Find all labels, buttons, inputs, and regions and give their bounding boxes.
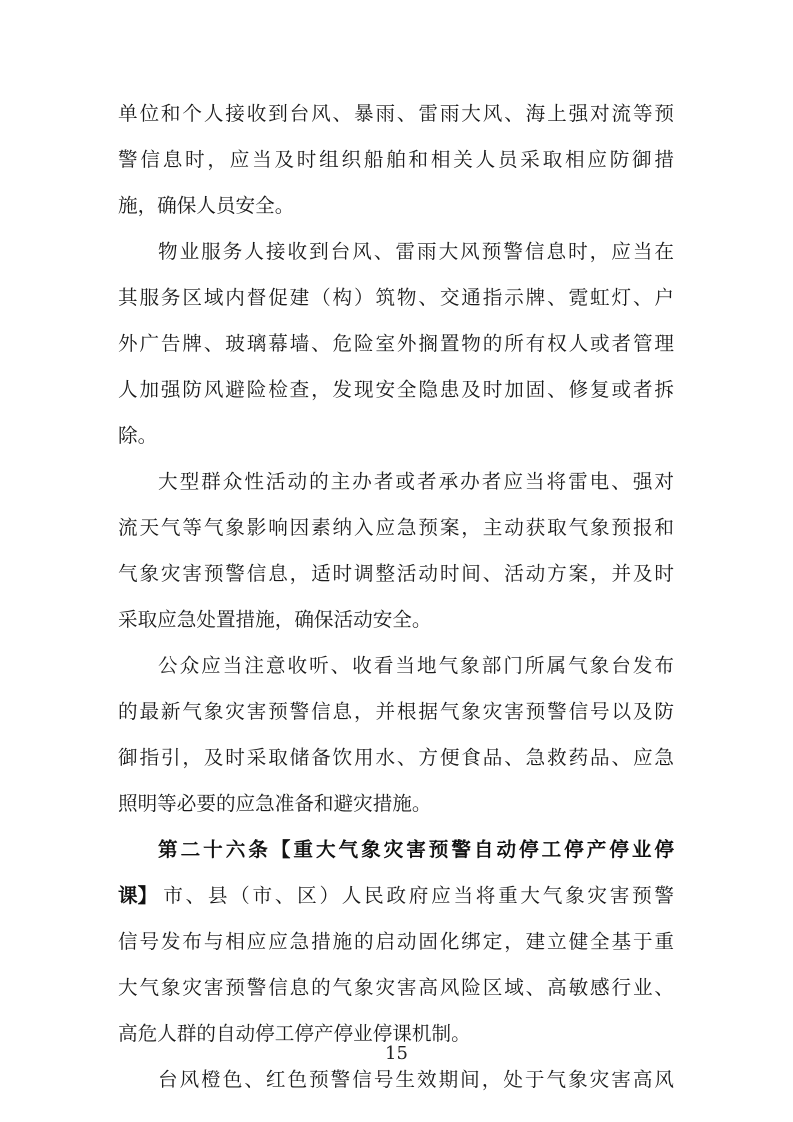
page-number: 15 bbox=[0, 1043, 793, 1064]
paragraph-line: 除。 bbox=[118, 424, 674, 448]
paragraph-line-text: 市、县（市、区）人民政府应当将重大气象灾害预警 bbox=[157, 884, 674, 908]
paragraph-line: 外广告牌、玻璃幕墙、危险室外搁置物的所有权人或者管理 bbox=[118, 332, 674, 356]
paragraph-line: 照明等必要的应急准备和避灾措施。 bbox=[118, 792, 674, 816]
paragraph-line: 人加强防风避险检查，发现安全隐患及时加固、修复或者拆 bbox=[118, 378, 674, 402]
paragraph-line: 物业服务人接收到台风、雷雨大风预警信息时，应当在 bbox=[158, 240, 674, 264]
article-heading: 第二十六条【重大气象灾害预警自动停工停产停业停 bbox=[158, 838, 674, 862]
article-heading-end: 课】 bbox=[118, 884, 157, 908]
document-page: 单位和个人接收到台风、暴雨、雷雨大风、海上强对流等预 警信息时，应当及时组织船舶… bbox=[0, 0, 793, 1122]
paragraph-line: 信号发布与相应应急措施的启动固化绑定，建立健全基于重 bbox=[118, 930, 674, 954]
paragraph-line: 大型群众性活动的主办者或者承办者应当将雷电、强对 bbox=[158, 470, 674, 494]
paragraph-line: 流天气等气象影响因素纳入应急预案，主动获取气象预报和 bbox=[118, 516, 674, 540]
paragraph-line: 台风橙色、红色预警信号生效期间，处于气象灾害高风 bbox=[158, 1068, 674, 1092]
paragraph-line: 公众应当注意收听、收看当地气象部门所属气象台发布 bbox=[158, 654, 674, 678]
paragraph-line: 单位和个人接收到台风、暴雨、雷雨大风、海上强对流等预 bbox=[118, 102, 674, 126]
paragraph-line: 警信息时，应当及时组织船舶和相关人员采取相应防御措 bbox=[118, 148, 674, 172]
paragraph-line: 施，确保人员安全。 bbox=[118, 194, 674, 218]
paragraph-line: 大气象灾害预警信息的气象灾害高风险区域、高敏感行业、 bbox=[118, 976, 674, 1000]
paragraph-line: 的最新气象灾害预警信息，并根据气象灾害预警信号以及防 bbox=[118, 700, 674, 724]
paragraph-line: 采取应急处置措施，确保活动安全。 bbox=[118, 608, 674, 632]
paragraph-line: 其服务区域内督促建（构）筑物、交通指示牌、霓虹灯、户 bbox=[118, 286, 674, 310]
paragraph-line: 气象灾害预警信息，适时调整活动时间、活动方案，并及时 bbox=[118, 562, 674, 586]
paragraph-line: 御指引，及时采取储备饮用水、方便食品、急救药品、应急 bbox=[118, 746, 674, 770]
article-heading-continuation: 课】 市、县（市、区）人民政府应当将重大气象灾害预警 bbox=[118, 884, 674, 908]
